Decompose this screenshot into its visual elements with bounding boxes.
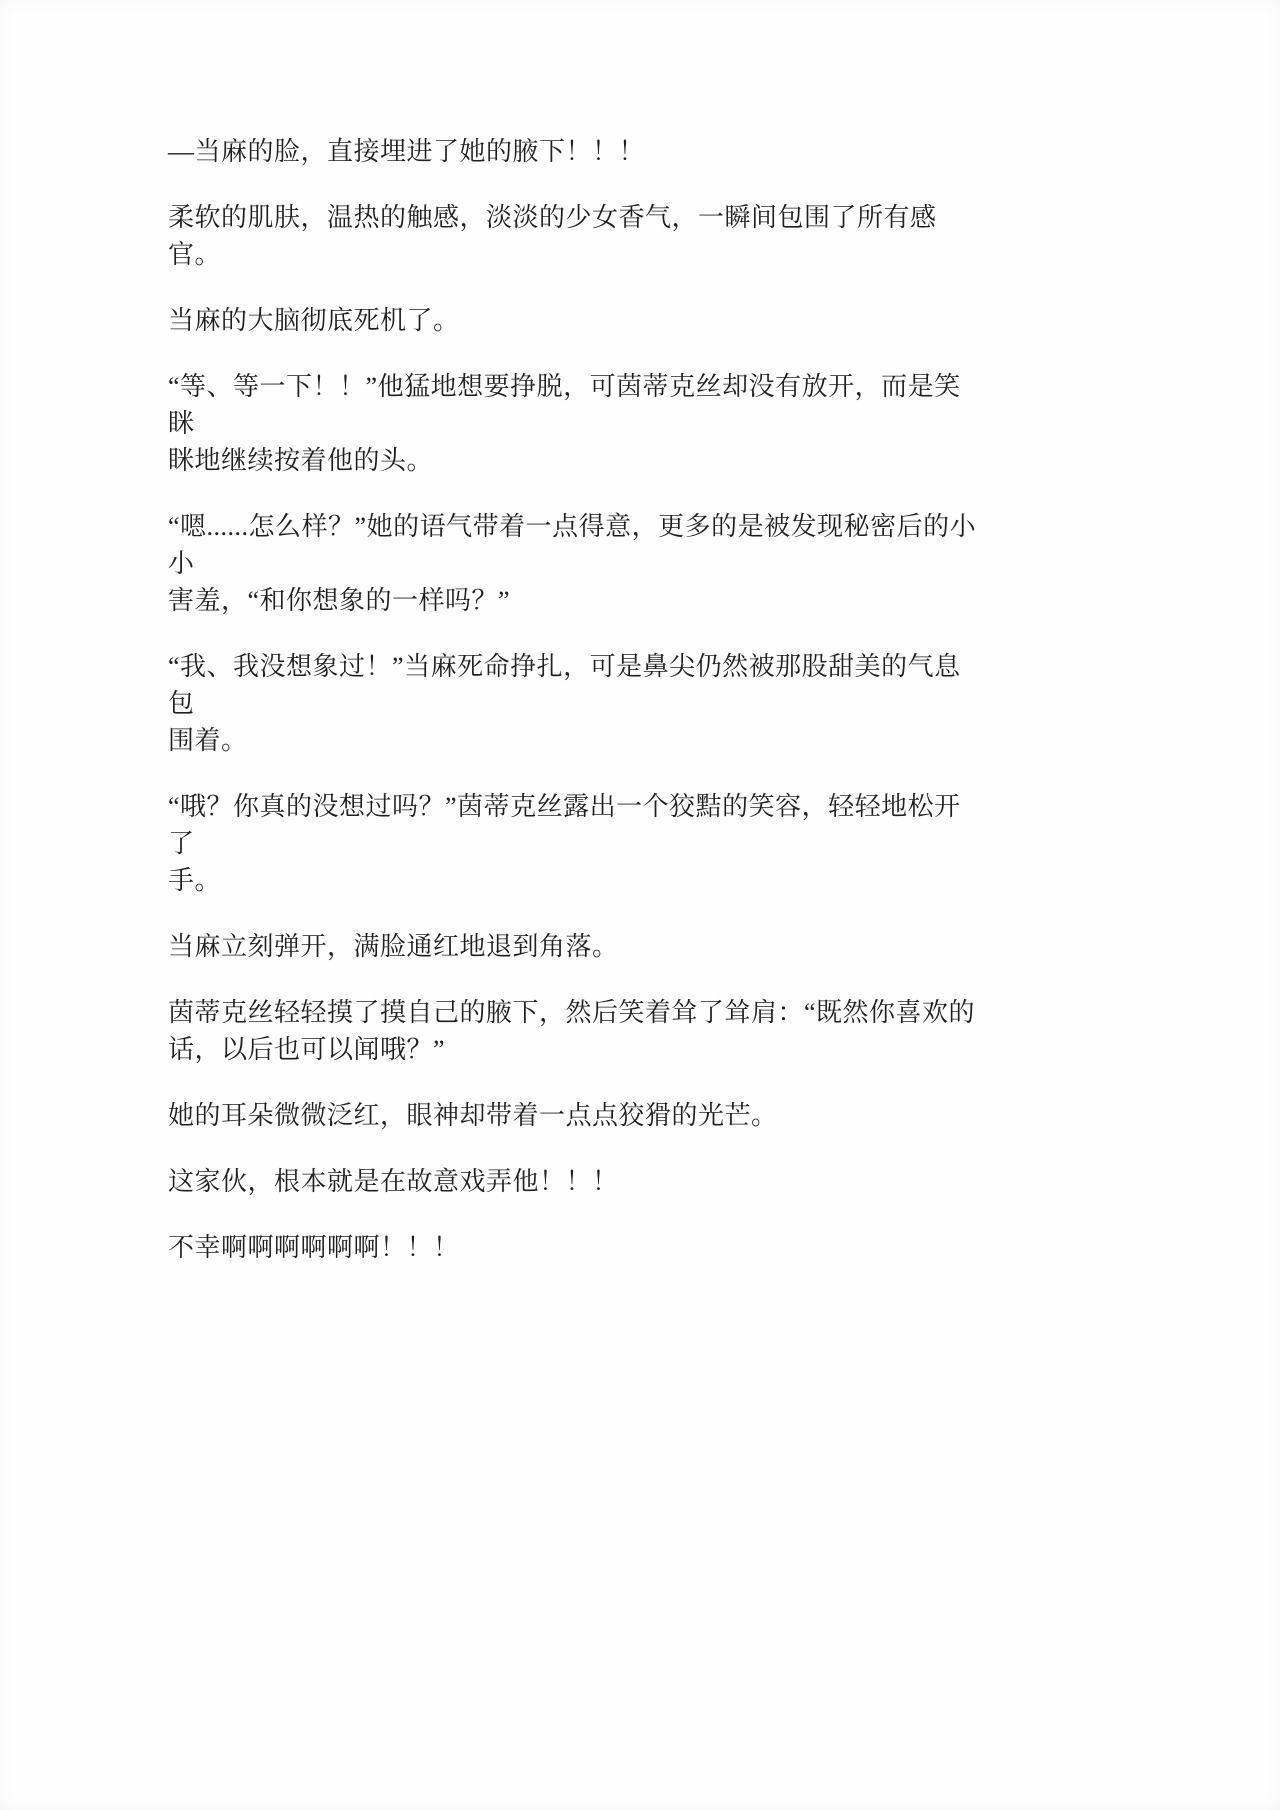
paragraph-brain-crash: 当麻的大脑彻底死机了。 xyxy=(168,302,980,339)
paragraph-how-is-it: “嗯......怎么样？”她的语气带着一点得意，更多的是被发现秘密后的小小 害羞… xyxy=(168,508,980,619)
paragraph-never-imagined: “我、我没想象过！”当麻死命挣扎，可是鼻尖仍然被那股甜美的气息包 围着。 xyxy=(168,648,980,759)
paragraph-misfortune-scream: 不幸啊啊啊啊啊啊！！！ xyxy=(168,1229,980,1266)
paragraph-teasing: 这家伙，根本就是在故意戏弄他！！！ xyxy=(168,1163,980,1200)
paragraph-wait-struggle: “等、等一下！！”他猛地想要挣脱，可茵蒂克丝却没有放开，而是笑眯 眯地继续按着他… xyxy=(168,368,980,479)
paragraph-sensation: 柔软的肌肤，温热的触感，淡淡的少女香气，一瞬间包围了所有感官。 xyxy=(168,199,980,273)
paragraph-bounce-away: 当麻立刻弹开，满脸通红地退到角落。 xyxy=(168,928,980,965)
document-page: —当麻的脸，直接埋进了她的腋下！！！ 柔软的肌肤，温热的触感，淡淡的少女香气，一… xyxy=(0,0,1280,1810)
paragraph-dash-opening: —当麻的脸，直接埋进了她的腋下！！！ xyxy=(168,133,980,170)
paragraph-really-never: “哦？你真的没想过吗？”茵蒂克丝露出一个狡黠的笑容，轻轻地松开了 手。 xyxy=(168,788,980,899)
paragraph-shrug-offer: 茵蒂克丝轻轻摸了摸自己的腋下，然后笑着耸了耸肩：“既然你喜欢的 话，以后也可以闻… xyxy=(168,994,980,1068)
paragraph-red-ears: 她的耳朵微微泛红，眼神却带着一点点狡猾的光芒。 xyxy=(168,1097,980,1134)
